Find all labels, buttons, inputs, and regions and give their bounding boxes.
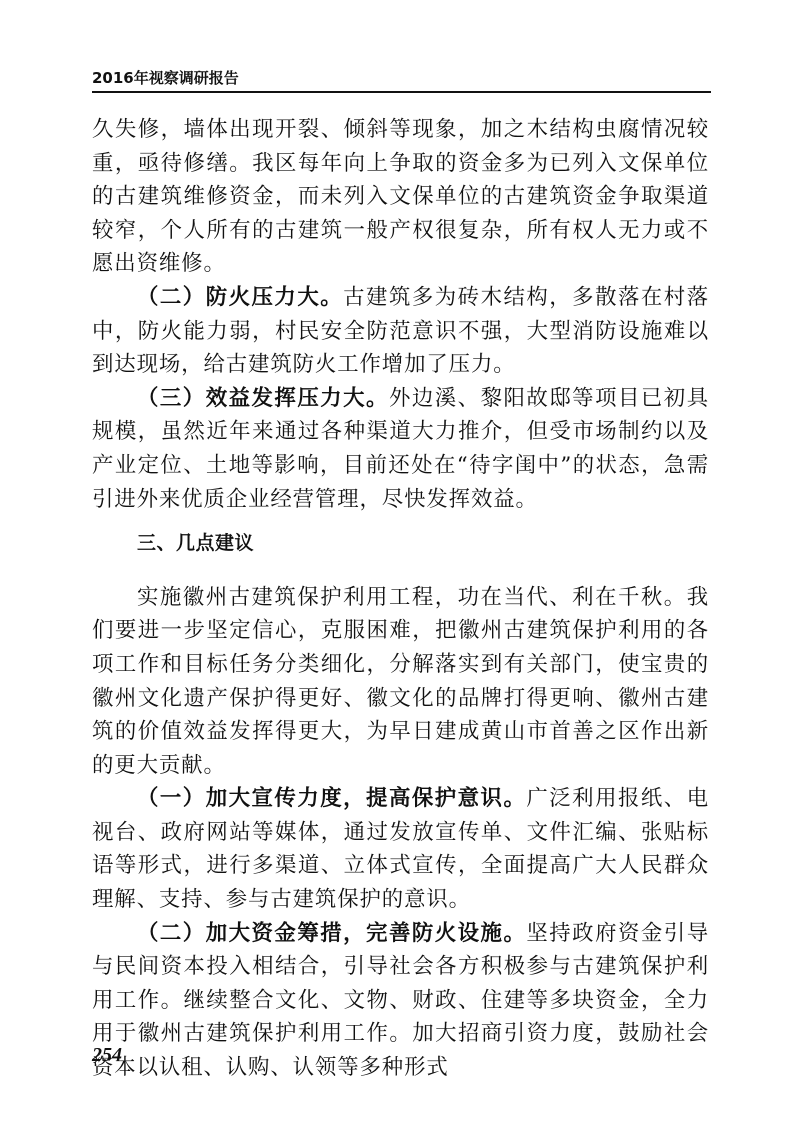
running-header-title: 2016年视察调研报告: [92, 68, 711, 88]
paragraph-fire-pressure: （二）防火压力大。古建筑多为砖木结构，多散落在村落中，防火能力弱，村民安全防范意…: [92, 281, 709, 382]
suggestion-publicity: （一）加大宣传力度，提高保护意识。广泛利用报纸、电视台、政府网站等媒体，通过发放…: [92, 782, 709, 916]
paragraph-lead: （二）防火压力大。: [137, 285, 343, 310]
paragraph-lead: （一）加大宣传力度，提高保护意识。: [137, 786, 526, 811]
document-body: 久失修，墙体出现开裂、倾斜等现象，加之木结构虫腐情况较重，亟待修缮。我区每年向上…: [92, 113, 709, 1085]
page-number: 254: [92, 1044, 122, 1067]
paragraph-lead: （三）效益发挥压力大。: [137, 386, 389, 411]
section-intro: 实施徽州古建筑保护利用工程，功在当代、利在千秋。我们要进一步坚定信心，克服困难，…: [92, 581, 709, 783]
suggestion-funding: （二）加大资金筹措，完善防火设施。坚持政府资金引导与民间资本投入相结合，引导社会…: [92, 917, 709, 1085]
section-heading: 三、几点建议: [92, 527, 709, 561]
paragraph-lead: （二）加大资金筹措，完善防火设施。: [137, 921, 526, 946]
paragraph-benefit-pressure: （三）效益发挥压力大。外边溪、黎阳故邸等项目已初具规模，虽然近年来通过各种渠道大…: [92, 382, 709, 516]
paragraph-continuation: 久失修，墙体出现开裂、倾斜等现象，加之木结构虫腐情况较重，亟待修缮。我区每年向上…: [92, 113, 709, 281]
header-rule: [92, 91, 711, 93]
